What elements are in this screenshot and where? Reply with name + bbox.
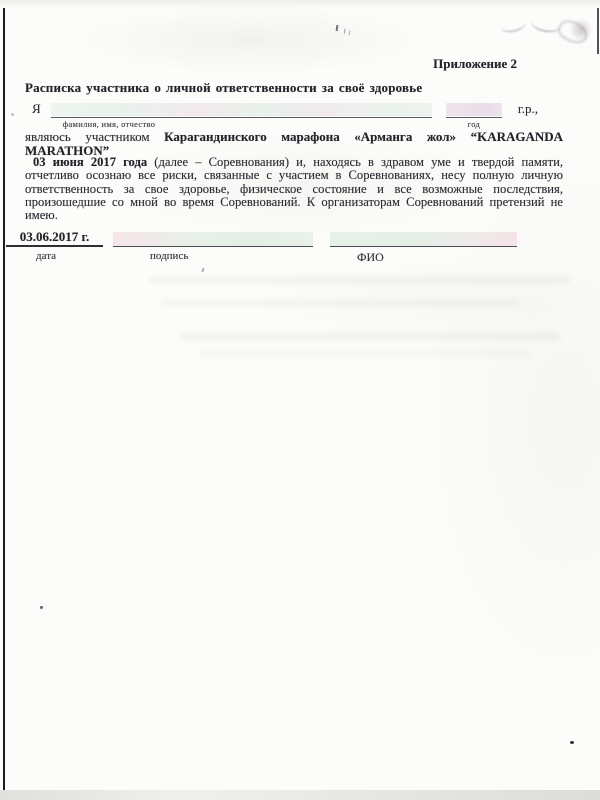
event-name-ru: Карагандинского марафона «Арманга жол»	[164, 129, 456, 144]
pencil-mark	[336, 25, 339, 31]
pronoun-text: Я	[32, 101, 41, 118]
highlighter-redaction	[446, 103, 502, 116]
paragraph-text: (далее – Соревнования) и, находясь в здр…	[154, 155, 563, 169]
signature-caption: подпись	[150, 250, 188, 262]
event-name-en-start: “KARAGANDA	[471, 129, 563, 144]
scan-bottom-shadow	[0, 790, 600, 800]
intro-line: Я фамилия, имя, отчество год г.р.,	[32, 101, 538, 118]
paragraph-line: 03 июня 2017 года (далее – Соревнования)…	[25, 156, 563, 169]
fio-caption: ФИО	[357, 250, 384, 265]
liability-paragraph: 03 июня 2017 года (далее – Соревнования)…	[25, 156, 563, 222]
ink-speck	[40, 606, 43, 609]
appendix-label: Приложение 2	[0, 56, 517, 72]
signature-field	[113, 232, 313, 247]
paragraph-line: произошедшие со мной во время Соревнован…	[25, 196, 563, 209]
bleed-through-ghost	[150, 276, 570, 284]
highlighter-redaction	[51, 103, 432, 116]
date-value: 03.06.2017 г.	[6, 229, 103, 247]
paragraph-line: ответственность за свое здоровье, физиче…	[25, 183, 563, 196]
ink-speck	[570, 741, 574, 744]
date-caption: дата	[36, 250, 56, 262]
bleed-through-ghost	[180, 332, 560, 341]
year-field-caption: год	[468, 119, 481, 129]
birth-year-field: год	[446, 102, 502, 118]
bleed-through-ghost	[160, 299, 520, 307]
ink-speck	[11, 113, 14, 116]
bleed-through-ghost	[200, 349, 530, 357]
paragraph-line: имею.	[25, 209, 563, 222]
participant-name-field: фамилия, имя, отчество	[51, 102, 432, 118]
fio-field	[330, 232, 517, 247]
ink-speck	[201, 268, 204, 272]
participation-regular: являюсь участником	[25, 129, 150, 144]
pencil-scribble	[570, 18, 592, 42]
paragraph-line: отчетливо осознаю все риски, связанные с…	[25, 169, 563, 182]
event-date-bold: 03 июня 2017 года	[33, 155, 147, 169]
pencil-scribble	[499, 15, 527, 34]
scan-edge-line-right	[597, 8, 599, 54]
birth-year-suffix: г.р.,	[518, 101, 538, 118]
scan-edge-line-left	[3, 8, 5, 800]
name-field-caption: фамилия, имя, отчество	[63, 119, 156, 129]
document-title: Расписка участника о личной ответственно…	[25, 80, 422, 96]
scanned-document-page: Приложение 2 Расписка участника о личной…	[0, 0, 600, 800]
